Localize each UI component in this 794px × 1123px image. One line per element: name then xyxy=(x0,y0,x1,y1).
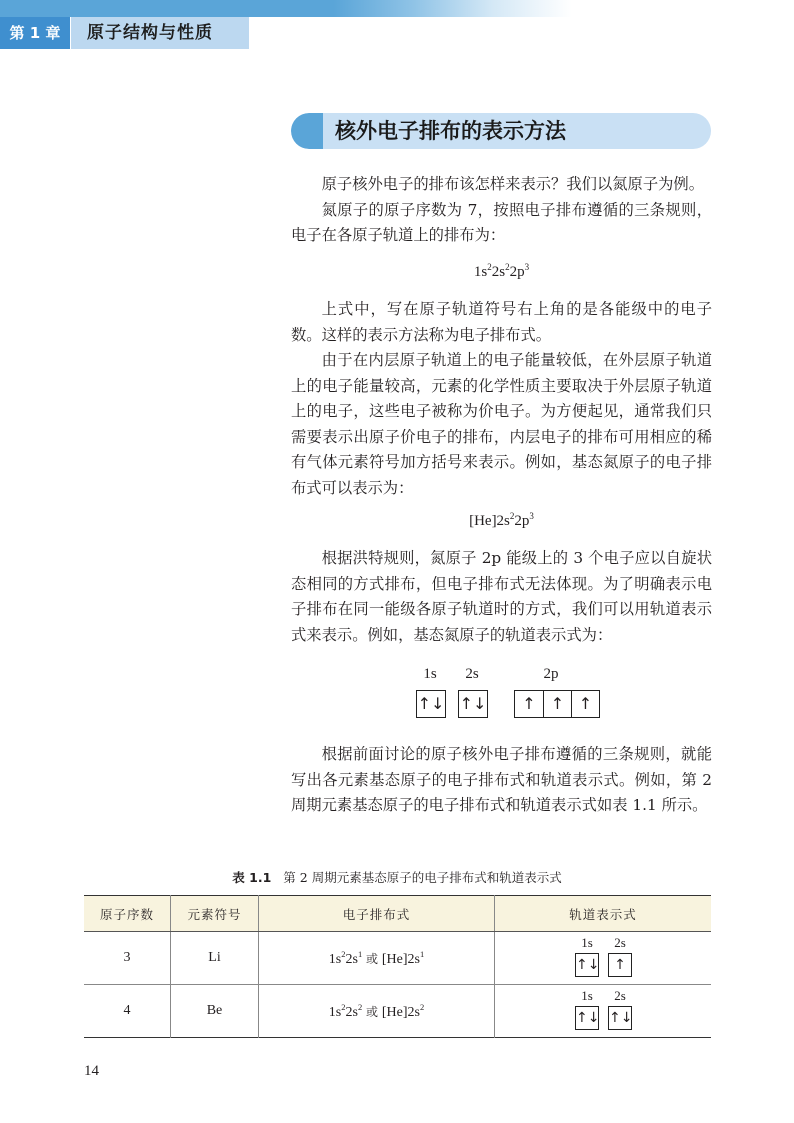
header-atomic-number: 原子序数 xyxy=(84,896,171,932)
paragraph-group-2: 上式中，写在原子轨道符号右上角的是各能级中的电子数。这样的表示方法称为电子排布式… xyxy=(291,297,712,501)
up-arrow-icon: ↑ xyxy=(608,953,632,977)
up-arrow-icon: ↑ xyxy=(571,691,599,717)
orbital-box-2p: ↑ ↑ ↑ xyxy=(514,690,600,718)
chapter-tag: 第 1 章 xyxy=(0,17,70,49)
orbital-label-1s: 1s xyxy=(415,666,445,683)
paragraph: 根据前面讨论的原子核外电子排布遵循的三条规则，就能写出各元素基态原子的电子排布式… xyxy=(291,742,712,819)
section-heading: 核外电子排布的表示方法 xyxy=(291,113,711,149)
orbital-box-2s: ↑↓ xyxy=(458,690,488,718)
table-row: 3 Li 1s22s1 或 [He]2s1 1s 2s ↑↓ ↑ xyxy=(84,932,711,985)
electron-configuration-table: 原子序数 元素符号 电子排布式 轨道表示式 3 Li 1s22s1 或 [He]… xyxy=(84,895,711,1038)
header-orbital-diagram: 轨道表示式 xyxy=(495,896,712,932)
atomic-number-cell: 4 xyxy=(84,985,171,1038)
page-number: 14 xyxy=(84,1063,99,1080)
simplified-configuration-formula: [He]2s22p3 xyxy=(291,511,712,530)
up-arrow-icon: ↑ xyxy=(543,691,571,717)
paired-electrons-icon: ↑↓ xyxy=(575,953,599,977)
header-decorative-bar xyxy=(0,0,794,17)
orbital-diagram: 1s 2s ↑↓ ↑ xyxy=(563,933,643,979)
orbital-box-1s: ↑↓ xyxy=(416,690,446,718)
paragraph-group-3: 根据洪特规则，氮原子 2p 能级上的 3 个电子应以自旋状态相同的方式排布，但电… xyxy=(291,546,712,648)
paired-electrons-icon: ↑↓ xyxy=(608,1006,632,1030)
nitrogen-orbital-diagram: 1s 2s 2p ↑↓ ↑↓ ↑ ↑ ↑ xyxy=(415,666,595,726)
table-row: 4 Be 1s22s2 或 [He]2s2 1s 2s ↑↓ ↑↓ xyxy=(84,985,711,1038)
orbital-diagram: 1s 2s ↑↓ ↑↓ xyxy=(563,986,643,1032)
electron-configuration-cell: 1s22s1 或 [He]2s1 xyxy=(259,932,495,985)
paragraph-group-1: 原子核外电子的排布该怎样来表示？我们以氮原子为例。 氮原子的原子序数为 7，按照… xyxy=(291,172,712,249)
orbital-diagram-cell: 1s 2s ↑↓ ↑↓ xyxy=(495,985,712,1038)
orbital-diagram-cell: 1s 2s ↑↓ ↑ xyxy=(495,932,712,985)
atomic-number-cell: 3 xyxy=(84,932,171,985)
table-caption-label: 表 1.1 xyxy=(232,870,271,885)
up-arrow-icon: ↑ xyxy=(515,691,543,717)
paired-electrons-icon: ↑↓ xyxy=(575,1006,599,1030)
table-caption: 表 1.1第 2 周期元素基态原子的电子排布式和轨道表示式 xyxy=(0,868,794,886)
paired-electrons-icon: ↑↓ xyxy=(417,691,445,717)
header-element-symbol: 元素符号 xyxy=(171,896,259,932)
paragraph: 原子核外电子的排布该怎样来表示？我们以氮原子为例。 xyxy=(291,172,712,198)
orbital-label-2s: 2s xyxy=(457,666,487,683)
section-heading-accent xyxy=(291,113,323,149)
element-symbol-cell: Be xyxy=(171,985,259,1038)
paragraph: 氮原子的原子序数为 7，按照电子排布遵循的三条规则，电子在各原子轨道上的排布为： xyxy=(291,198,712,249)
orbital-label-2p: 2p xyxy=(513,666,589,683)
header-electron-configuration: 电子排布式 xyxy=(259,896,495,932)
paired-electrons-icon: ↑↓ xyxy=(459,691,487,717)
table-caption-text: 第 2 周期元素基态原子的电子排布式和轨道表示式 xyxy=(283,870,561,885)
paragraph-group-4: 根据前面讨论的原子核外电子排布遵循的三条规则，就能写出各元素基态原子的电子排布式… xyxy=(291,742,712,819)
paragraph: 上式中，写在原子轨道符号右上角的是各能级中的电子数。这样的表示方法称为电子排布式… xyxy=(291,297,712,348)
element-symbol-cell: Li xyxy=(171,932,259,985)
electron-configuration-formula: 1s22s22p3 xyxy=(291,262,712,281)
section-title: 核外电子排布的表示方法 xyxy=(335,113,566,149)
paragraph: 由于在内层原子轨道上的电子能量较低，在外层原子轨道上的电子能量较高，元素的化学性… xyxy=(291,348,712,501)
table-header-row: 原子序数 元素符号 电子排布式 轨道表示式 xyxy=(84,896,711,932)
electron-configuration-cell: 1s22s2 或 [He]2s2 xyxy=(259,985,495,1038)
chapter-title: 原子结构与性质 xyxy=(71,17,249,49)
paragraph: 根据洪特规则，氮原子 2p 能级上的 3 个电子应以自旋状态相同的方式排布，但电… xyxy=(291,546,712,648)
